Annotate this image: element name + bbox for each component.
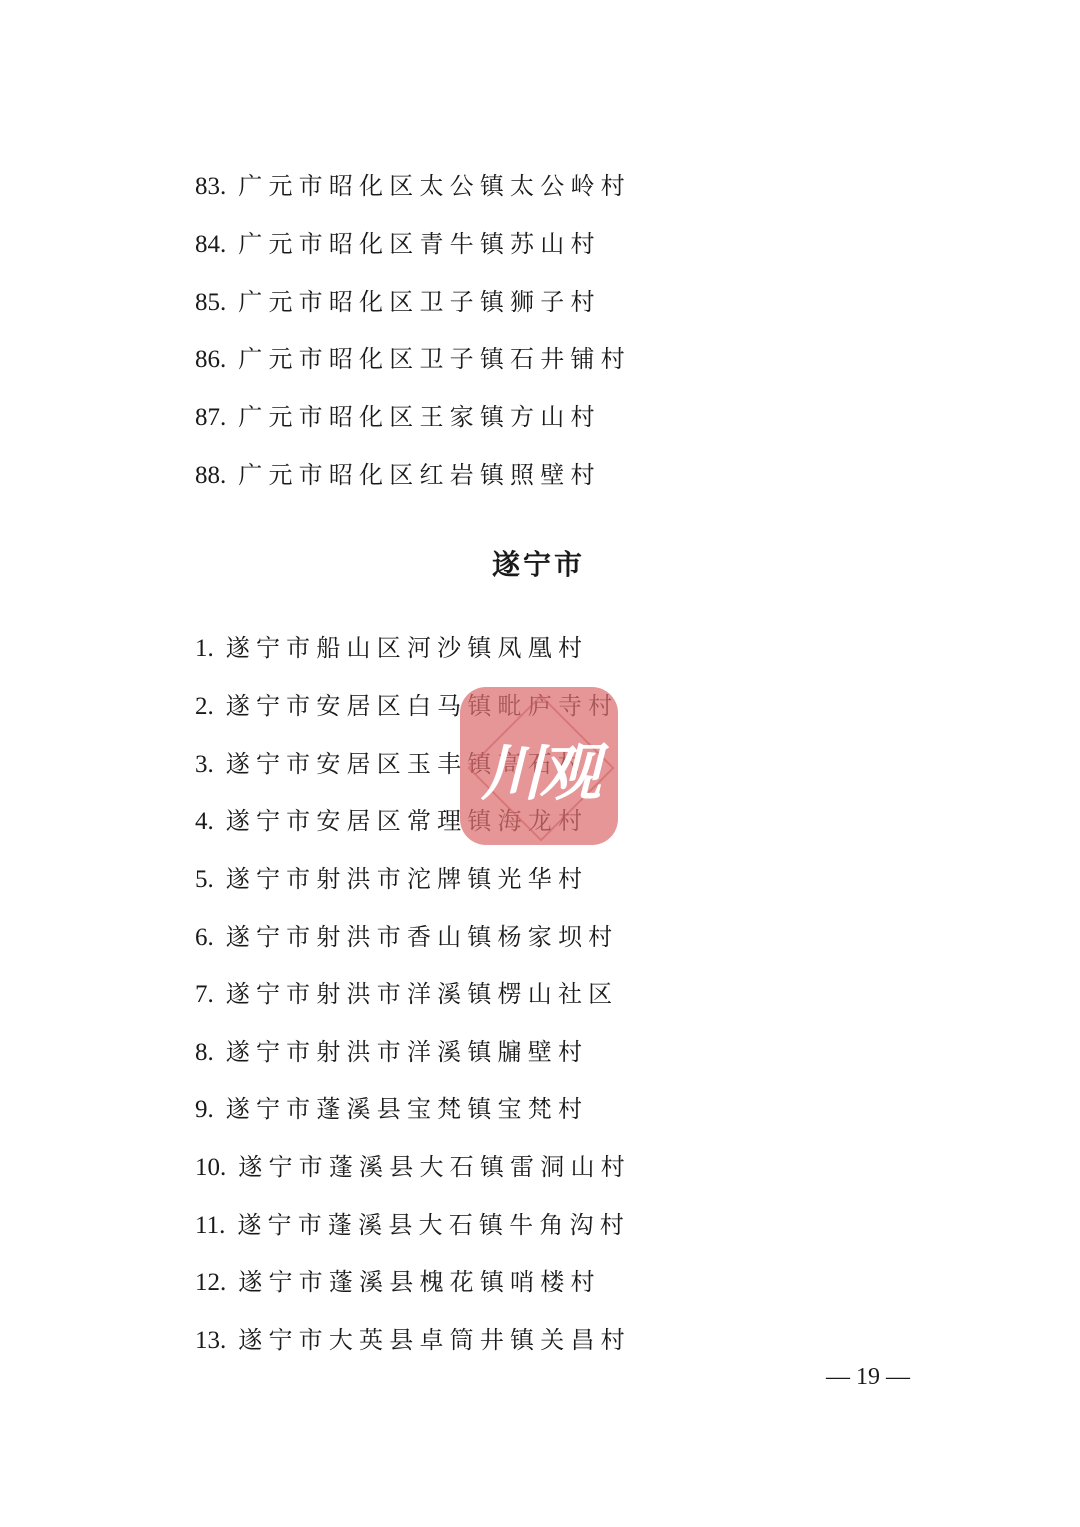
item-number: 86. xyxy=(195,345,226,375)
list-item: 12. 遂宁市蓬溪县槐花镇哨楼村 xyxy=(195,1267,601,1298)
item-number: 1. xyxy=(195,634,214,664)
item-text: 广元市昭化区卫子镇狮子村 xyxy=(238,287,600,317)
list-item: 88. 广元市昭化区红岩镇照壁村 xyxy=(195,460,601,491)
list-item: 7. 遂宁市射洪市洋溪镇楞山社区 xyxy=(195,979,618,1010)
document-page: 83. 广元市昭化区太公镇太公岭村 84. 广元市昭化区青牛镇苏山村 85. 广… xyxy=(0,0,1080,1527)
item-text: 遂宁市射洪市香山镇杨家坝村 xyxy=(226,922,619,952)
list-item: 86. 广元市昭化区卫子镇石井铺村 xyxy=(195,344,631,375)
item-number: 3. xyxy=(195,750,214,780)
list-item: 13. 遂宁市大英县卓筒井镇关昌村 xyxy=(195,1325,631,1356)
list-item: 84. 广元市昭化区青牛镇苏山村 xyxy=(195,229,601,260)
item-number: 9. xyxy=(195,1095,214,1125)
section-heading: 遂宁市 xyxy=(492,543,585,583)
item-text: 遂宁市蓬溪县槐花镇哨楼村 xyxy=(238,1267,600,1297)
item-number: 87. xyxy=(195,403,226,433)
list-item: 8. 遂宁市射洪市洋溪镇牖壁村 xyxy=(195,1037,588,1068)
list-item: 6. 遂宁市射洪市香山镇杨家坝村 xyxy=(195,922,618,953)
item-number: 2. xyxy=(195,692,214,722)
item-text: 广元市昭化区太公镇太公岭村 xyxy=(238,171,631,201)
item-number: 8. xyxy=(195,1038,214,1068)
list-item: 85. 广元市昭化区卫子镇狮子村 xyxy=(195,287,601,318)
item-number: 5. xyxy=(195,865,214,895)
item-text: 广元市昭化区青牛镇苏山村 xyxy=(238,229,600,259)
list-item: 1. 遂宁市船山区河沙镇凤凰村 xyxy=(195,633,588,664)
item-text: 遂宁市蓬溪县大石镇牛角沟村 xyxy=(237,1210,630,1240)
item-text: 遂宁市蓬溪县大石镇雷洞山村 xyxy=(238,1152,631,1182)
item-text: 遂宁市射洪市沱牌镇光华村 xyxy=(226,864,588,894)
list-item: 87. 广元市昭化区王家镇方山村 xyxy=(195,402,601,433)
item-text: 广元市昭化区王家镇方山村 xyxy=(238,402,600,432)
item-number: 13. xyxy=(195,1326,226,1356)
item-text: 遂宁市射洪市洋溪镇牖壁村 xyxy=(226,1037,588,1067)
item-text: 遂宁市蓬溪县宝梵镇宝梵村 xyxy=(226,1094,588,1124)
item-text: 广元市昭化区卫子镇石井铺村 xyxy=(238,344,631,374)
item-number: 88. xyxy=(195,461,226,491)
item-text: 遂宁市大英县卓筒井镇关昌村 xyxy=(238,1325,631,1355)
item-number: 12. xyxy=(195,1268,226,1298)
item-number: 11. xyxy=(195,1211,225,1241)
list-item: 5. 遂宁市射洪市沱牌镇光华村 xyxy=(195,864,588,895)
page-number: — 19 — xyxy=(826,1364,910,1391)
item-number: 84. xyxy=(195,230,226,260)
watermark-text: 川观 xyxy=(460,723,618,812)
item-number: 7. xyxy=(195,980,214,1010)
list-item: 9. 遂宁市蓬溪县宝梵镇宝梵村 xyxy=(195,1094,588,1125)
item-text: 遂宁市船山区河沙镇凤凰村 xyxy=(226,633,588,663)
item-text: 遂宁市射洪市洋溪镇楞山社区 xyxy=(226,979,619,1009)
item-number: 4. xyxy=(195,807,214,837)
list-item: 83. 广元市昭化区太公镇太公岭村 xyxy=(195,171,631,202)
item-number: 6. xyxy=(195,923,214,953)
list-item: 11. 遂宁市蓬溪县大石镇牛角沟村 xyxy=(195,1210,630,1241)
item-number: 85. xyxy=(195,288,226,318)
item-number: 10. xyxy=(195,1153,226,1183)
item-text: 广元市昭化区红岩镇照壁村 xyxy=(238,460,600,490)
item-number: 83. xyxy=(195,172,226,202)
watermark-logo: 川观 xyxy=(460,687,618,845)
list-item: 10. 遂宁市蓬溪县大石镇雷洞山村 xyxy=(195,1152,631,1183)
